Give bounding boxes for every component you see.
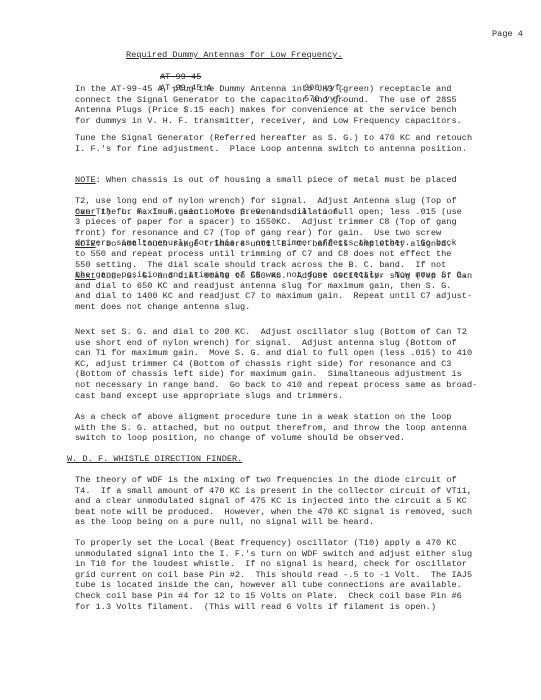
text-line: for dummys in V. H. F. transmitter, rece… [75, 116, 535, 127]
text-line: Next set S. G. and dial to 200 KC. Adjus… [75, 327, 535, 338]
text-line: grid current on coil base Pin #2. This s… [75, 570, 535, 581]
document-page: Page 4 Required Dummy Antennas for Low F… [0, 0, 541, 700]
text-line: switch to loop position, no change of vo… [75, 433, 535, 444]
text-line: and dial to 1400 KC and readjust C7 to m… [75, 291, 535, 302]
section-title-wdf: W. D. F. WHISTLE DIRECTION FINDER. [67, 454, 242, 464]
paragraph-alignment-check: As a check of above aligment procedure t… [75, 412, 535, 444]
text-line: connect the Signal Generator to the capa… [75, 95, 535, 106]
text-line: T4. If a small amount of 470 KC is prese… [75, 486, 535, 497]
text-line: can T1 for maximum gain. Move S. G. and … [75, 348, 535, 359]
text-line: and dial to 650 KC and readjust antenna … [75, 281, 535, 292]
text-line: (Bottom of chassis left side) for maximu… [75, 369, 535, 380]
text-line: as the loop being on a pure null, no sig… [75, 517, 535, 528]
text-line: 3 pieces of paper for a spacer) to 1550K… [75, 217, 535, 228]
text-line: Antenna Plugs (Price $.15 each) makes fo… [75, 105, 535, 116]
text-line: KC, adjust trimmer C4 (Bottom of chassis… [75, 359, 535, 370]
paragraph-beat-oscillator: To properly set the Local (Beat frequenc… [75, 538, 535, 612]
paragraph-wdf-theory: The theory of WDF is the mixing of two f… [75, 475, 535, 528]
text-line: unmodulated signal into the I. F.'s turn… [75, 549, 535, 560]
text-line: 550 setting. The dial scale should track… [75, 260, 535, 271]
text-line: tube is located inside the can, however … [75, 580, 535, 591]
paragraph-range-band-alignment: Next set S. G. and dial to 200 KC. Adjus… [75, 327, 535, 401]
text-line: beat note will be produced. However, whe… [75, 507, 535, 518]
dummy-antennas-title: Required Dummy Antennas for Low Frequenc… [126, 50, 343, 61]
text-line: with the S. G. attached, but no output t… [75, 423, 535, 434]
dummy-antenna-row: AT-99-45 300 yyf. [126, 61, 343, 72]
text-line: The theory of WDF is the mixing of two f… [75, 475, 535, 486]
text-line: Can T1) for maximum gain. Move S. G. and… [75, 207, 535, 218]
text-line: Check coil base Pin #4 for 12 to 15 Volt… [75, 591, 535, 602]
text-line: front) for resonance and C7 (Top of gang… [75, 228, 535, 239]
text-line: and a clear unmodulated signal of 475 KC… [75, 496, 535, 507]
text-line: drivers simaltaneously for this as one t… [75, 238, 535, 249]
page-number: Page 4 [492, 29, 523, 39]
dummy-antenna-row: AT-99-45 A 570 yyf. [126, 72, 343, 83]
paragraph-tune-signal-generator: Tune the Signal Generator (Referred here… [75, 133, 535, 154]
paragraph-dummy-antenna: In the AT-99-45 A, plug the Dummy Antenn… [75, 84, 535, 126]
paragraph-broadcast-alignment: T2, use long end of nylon wrench) for si… [75, 196, 535, 313]
text-line: To properly set the Local (Beat frequenc… [75, 538, 535, 549]
text-line: Tune the Signal Generator (Referred here… [75, 133, 535, 144]
text-line: in T10 for the loudest whistle. If no si… [75, 559, 535, 570]
text-line: ment does not change antenna slug. [75, 302, 535, 313]
text-line: to 550 and repeat process until trimming… [75, 249, 535, 260]
text-line: the gang position and trimming of C8 was… [75, 270, 535, 281]
text-line: use short end of nylon wrench) for signa… [75, 338, 535, 349]
text-line: for 1.3 Volts filament. (This will read … [75, 602, 535, 613]
text-line: In the AT-99-45 A, plug the Dummy Antenn… [75, 84, 535, 95]
dummy-antennas-table: Required Dummy Antennas for Low Frequenc… [126, 50, 343, 83]
text-line: T2, use long end of nylon wrench) for si… [75, 196, 535, 207]
text-line: I. F.'s for fine adjustment. Place Loop … [75, 144, 535, 155]
text-line: not necessary in range band. Go back to … [75, 380, 535, 391]
text-line: cast band except use appropriate slugs a… [75, 391, 535, 402]
text-line: As a check of above aligment procedure t… [75, 412, 535, 423]
